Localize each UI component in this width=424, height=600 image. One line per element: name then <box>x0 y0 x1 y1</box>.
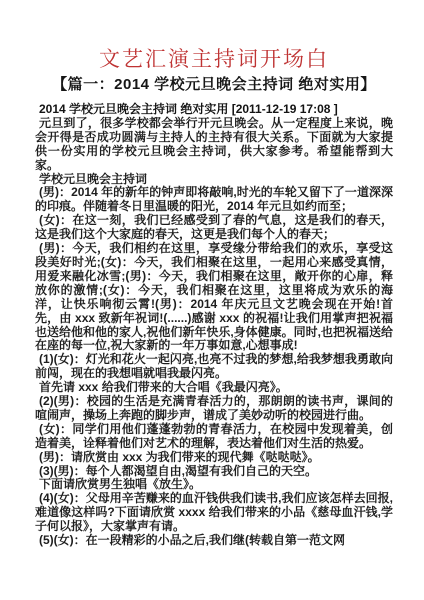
article-paragraph: 首先请 xxx 给我们带来的大合唱《我最闪亮》。 <box>35 381 393 395</box>
article-paragraph: 元旦到了，很多学校都会举行开元旦晚会。从一定程度上来说，晚会开得是否成功圆满与主… <box>35 117 393 173</box>
article-body: 2014 学校元旦晚会主持词 绝对实用 [2011-12-19 17:08 ] … <box>35 103 393 548</box>
article-paragraph: (4)(女)：父母用辛苦赚来的血汗钱供我们读书,我们应该怎样去回报,难道像这样吗… <box>35 492 393 534</box>
article-paragraph: (5)(女)：在一段精彩的小品之后,我们继(转载自第一范文网 <box>35 534 393 548</box>
page-title: 文艺汇演主持词开场白 <box>35 46 393 72</box>
article-paragraph: (2)(男)：校园的生活是充满青春活力的，那朗朗的读书声，课间的喧闹声，操场上奔… <box>35 395 393 423</box>
article-paragraph: (男)：今天，我们相约在这里，享受缘分带给我们的欢乐，享受这段美好时光;(女)：… <box>35 242 393 353</box>
section-heading: 【篇一：2014 学校元旦晚会主持词 绝对实用】 <box>35 75 393 95</box>
article-paragraph: (1)(女)：灯光和花火一起闪亮,也亮不过我的梦想,给我梦想我勇敢向前闯，现在的… <box>35 353 393 381</box>
article-paragraph: (女)：在这一刻，我们已经感受到了春的气息，这是我们的春天，这是我们这个大家庭的… <box>35 214 393 242</box>
article-paragraph: (女)：同学们用他们蓬蓬勃勃的青春活力，在校园中发现着美，创造着美，诠释着他们对… <box>35 423 393 451</box>
document-page: 文艺汇演主持词开场白 【篇一：2014 学校元旦晚会主持词 绝对实用】 2014… <box>0 0 424 600</box>
article-paragraph: (男)：2014 年的新年的钟声即将敲响,时光的车轮又留下了一道深深的印痕。伴随… <box>35 186 393 214</box>
article-paragraph: (男)：请欣赏由 xxx 为我们带来的现代舞《哒哒哒》。 <box>35 451 393 465</box>
article-meta-line: 2014 学校元旦晚会主持词 绝对实用 [2011-12-19 17:08 ] <box>35 103 393 117</box>
